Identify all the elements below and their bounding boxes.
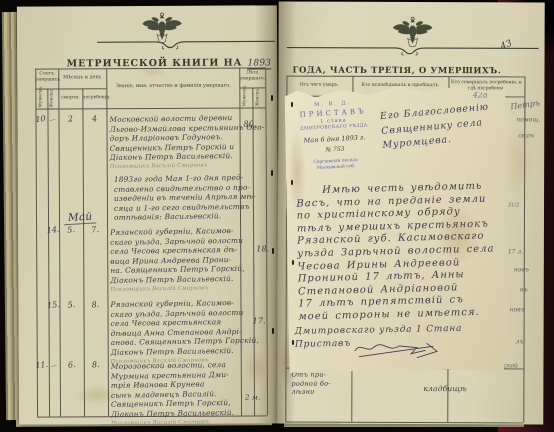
margin-fragment: новъ [514,266,529,273]
binding-stitch [292,260,294,265]
entry-count: — [50,362,57,370]
entry-record: Рязанской губерніи, Касимов- скаго уѣзда… [110,298,259,366]
table-gridline [35,107,265,109]
margin-fragment: помощ. [516,116,540,123]
entry-age: 18. [256,244,269,253]
archival-book-photo: МЕТРИЧЕСКОЙ КНИГИ НА 1893 Счетъ умершихъ… [0,0,554,432]
margin-fragment: селѣ [518,132,534,139]
pristav-signature [351,337,451,363]
entry-line: Псаломщикъ Василій Смирновъ [110,161,265,173]
col-subheader-burial: погребенія. [82,95,106,101]
entry-count: 10 [35,114,46,124]
table-gridline [286,76,524,78]
entry-age: 17. [253,316,266,325]
margin-fragment: 17 л. [508,248,523,255]
binding-stitch [271,170,273,176]
col-header-cause: Отъ чего умеръ. [286,83,352,89]
archival-corner-mark: 42а [473,90,488,99]
marginal-note: 1893го года Мая 1-го дня пред- ставлено … [114,173,256,222]
entry-burial-day: 8. [91,360,100,370]
entry-count: 14. [46,225,60,235]
header-ribbon-rule [287,42,539,57]
header-ribbon-rule [97,35,275,50]
cause-of-death-note: Отъ при- родной бо- лѣзни [291,371,330,397]
entry-record: Московской волости деревни Льгово-Измайл… [109,113,264,171]
col-header-count: Счетъ умершихъ. [35,71,58,82]
col-subheader-age-female: Женска. [254,89,259,106]
entry-death-day: 5. [67,225,76,235]
entry-burial-day: 7. [91,225,100,235]
binding-stitch [272,328,274,334]
margin-fragment: 31/2 [508,202,519,208]
burial-place-note: кладбищѣ [423,384,467,393]
right-page-title: ГОДА, ЧАСТЬ ТРЕТІЯ, О УМЕРШИХЪ. [292,58,501,78]
table-gridline [523,76,525,422]
entry-death-day: 2 [67,114,73,124]
col-subheader-age-male: Мужеска. [241,89,246,106]
letter-recipient: Его Благословенію Священнику села Муромц… [379,101,492,154]
col-header-age: Лѣта умершаго. [239,70,265,81]
binding-stitch [291,102,293,107]
col-header-month-day: Мѣсяцъ и день [58,75,106,81]
entry-record: Морозовской волости, села Мурмина кресть… [111,361,235,425]
entry-age: 2 м. [245,393,261,401]
entry-burial-day: 4 [91,114,97,124]
binding-stitch [291,180,293,185]
entry-record: Рязанской губерніи, Касимов- скаго уѣзда… [110,226,245,294]
entry-age: 80. [244,119,257,128]
entry-count: 15. [47,300,61,310]
col-subheader-count-female: Женска. [48,90,53,107]
note-line: отпѣванія: Васильевскій. [114,211,256,223]
table-gridline [82,88,85,416]
binding-stitch [292,340,294,345]
stamp-number-line: № 753 [290,144,380,156]
right-page: 43 ГОДА, ЧАСТЬ ТРЕТІЯ, О УМЕРШИХЪ. Отъ ч… [277,2,544,425]
letter-body: Имѣю честь увѣдомить Васъ, что на предан… [296,181,496,323]
cause-line: лѣзни [291,388,330,397]
entry-death-day: 5. [67,300,76,310]
margin-fragment: лъ [516,338,524,345]
entry-death-day: 6. [67,360,76,370]
col-subheader-death: смерти. [58,95,82,101]
col-subheader-count-male: Мужеска. [37,90,42,107]
col-header-person: Званіе, имя, отчество и фамилія умершаго… [109,84,237,90]
entry-count: 11. [35,360,49,370]
entry-burial-day: 8. [91,300,100,310]
margin-fragment: Петръ [510,98,541,111]
binding-stitch [271,95,273,101]
entry-line: Псаломщикъ Василій Смирновъ [111,417,234,424]
left-page: МЕТРИЧЕСКОЙ КНИГИ НА 1893 Счетъ умершихъ… [17,5,279,424]
margin-fragment: новъ [510,306,525,313]
attached-letter: М. В. Д. ПРИСТАВЪ 1 стана ДМИТРОВСКАГО У… [284,84,510,376]
month-label: Май [64,210,97,225]
entry-line: Псаломщикъ Василій Смирновъ [110,283,245,295]
entry-count: — [49,116,56,124]
table-gridline [58,68,61,416]
binding-stitch [272,248,274,254]
margin-fragment: ской [503,362,517,369]
margin-fragment: нъ [520,286,528,293]
table-gridline [285,422,523,424]
police-office-stamp: М. В. Д. ПРИСТАВЪ 1 стана ДМИТРОВСКАГО У… [288,99,381,173]
